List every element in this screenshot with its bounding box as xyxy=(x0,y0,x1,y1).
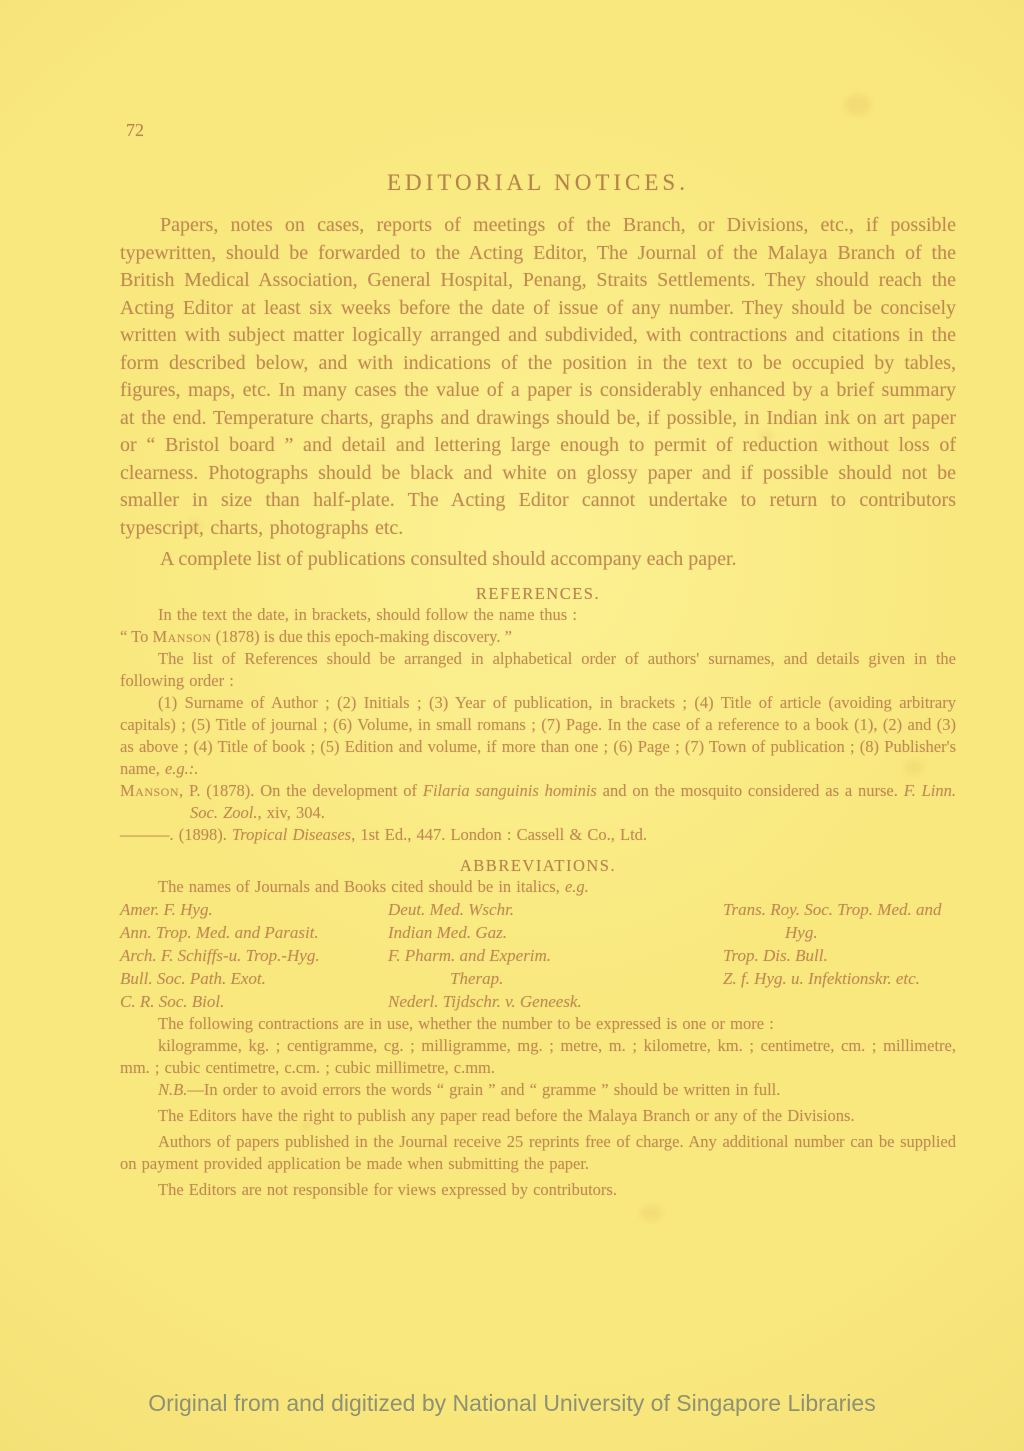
nb-label: N.B. xyxy=(158,1080,187,1099)
page-content: EDITORIAL NOTICES. Papers, notes on case… xyxy=(120,0,956,1201)
contractions-list: kilogramme, kg. ; centigramme, cg. ; mil… xyxy=(120,1035,956,1079)
abbreviations-section: The names of Journals and Books cited sh… xyxy=(120,876,956,1201)
abbrev-cell: C. R. Soc. Biol. xyxy=(120,990,388,1013)
paper-stain xyxy=(640,1205,662,1221)
abbrev-intro-text: The names of Journals and Books cited sh… xyxy=(158,877,565,896)
page-title: EDITORIAL NOTICES. xyxy=(120,170,956,196)
abbreviations-heading: ABBREVIATIONS. xyxy=(120,856,956,876)
contractions-intro: The following contractions are in use, w… xyxy=(120,1013,956,1035)
references-order-details: (1) Surname of Author ; (2) Initials ; (… xyxy=(120,692,956,780)
reference-example-post: (1878) is due this epoch-making discover… xyxy=(211,627,511,646)
abbrev-cell: F. Pharm. and Experim. xyxy=(388,944,723,967)
editorial-closing-line: A complete list of publications consulte… xyxy=(120,546,956,574)
ref2-dash: ———. xyxy=(120,825,174,844)
reference-example-pre: “ To xyxy=(120,627,152,646)
abbrev-cell: Arch. F. Schiffs-u. Trop.-Hyg. xyxy=(120,944,388,967)
ref1-mid2: and on the mosquito considered as a nurs… xyxy=(597,781,904,800)
abbreviations-table: Amer. F. Hyg. Deut. Med. Wschr. Trans. R… xyxy=(120,898,956,1013)
references-arrangement: The list of References should be arrange… xyxy=(120,648,956,692)
ref1-title-italic: Filaria sanguinis hominis xyxy=(423,781,597,800)
ref1-author: Manson xyxy=(120,781,179,800)
reference-entry-manson-1878: Manson, P. (1878). On the development of… xyxy=(120,780,956,824)
reference-example-name: Manson xyxy=(152,627,211,646)
abbrev-cell: Bull. Soc. Path. Exot. xyxy=(120,967,388,990)
abbrev-cell: Trans. Roy. Soc. Trop. Med. and xyxy=(723,898,956,921)
abbrev-cell: Deut. Med. Wschr. xyxy=(388,898,723,921)
abbrev-cell-continuation: Hyg. xyxy=(723,921,956,944)
abbrev-cell: Z. f. Hyg. u. Infektionskr. etc. xyxy=(723,967,956,990)
digitization-credit: Original from and digitized by National … xyxy=(0,1390,1024,1417)
abbrev-cell: Therap. xyxy=(388,967,723,990)
abbrev-cell: Ann. Trop. Med. and Parasit. xyxy=(120,921,388,944)
editorial-body-paragraph: Papers, notes on cases, reports of meeti… xyxy=(120,212,956,542)
references-heading: REFERENCES. xyxy=(120,584,956,604)
ref1-tail: , xiv, 304. xyxy=(257,803,324,822)
reprints-paragraph: Authors of papers published in the Journ… xyxy=(120,1131,956,1175)
order-details-text: (1) Surname of Author ; (2) Initials ; (… xyxy=(120,693,956,778)
reference-entry-manson-1898: ———. (1898). Tropical Diseases, 1st Ed.,… xyxy=(120,824,956,846)
order-details-eg: e.g.:. xyxy=(165,759,198,778)
nota-bene-paragraph: N.B.—In order to avoid errors the words … xyxy=(120,1079,956,1101)
references-intro: In the text the date, in brackets, shoul… xyxy=(120,604,956,626)
ref2-tail: , 1st Ed., 447. London : Cassell & Co., … xyxy=(351,825,647,844)
abbrev-cell: Indian Med. Gaz. xyxy=(388,921,723,944)
references-section: In the text the date, in brackets, shoul… xyxy=(120,604,956,846)
ref2-mid: (1898). xyxy=(174,825,232,844)
journal-page: 72 EDITORIAL NOTICES. Papers, notes on c… xyxy=(0,0,1024,1451)
abbreviations-intro: The names of Journals and Books cited sh… xyxy=(120,876,956,898)
abbrev-intro-eg: e.g. xyxy=(565,877,589,896)
abbrev-cell: Trop. Dis. Bull. xyxy=(723,944,956,967)
abbrev-cell xyxy=(723,990,956,1013)
ref2-title-italic: Tropical Diseases xyxy=(232,825,351,844)
abbrev-cell: Nederl. Tijdschr. v. Geneesk. xyxy=(388,990,723,1013)
abbrev-cell: Amer. F. Hyg. xyxy=(120,898,388,921)
responsibility-paragraph: The Editors are not responsible for view… xyxy=(120,1179,956,1201)
editors-rights-paragraph: The Editors have the right to publish an… xyxy=(120,1105,956,1127)
nb-text: —In order to avoid errors the words “ gr… xyxy=(187,1080,780,1099)
reference-example: “ To Manson (1878) is due this epoch-mak… xyxy=(120,626,956,648)
ref1-mid1: , P. (1878). On the development of xyxy=(179,781,423,800)
